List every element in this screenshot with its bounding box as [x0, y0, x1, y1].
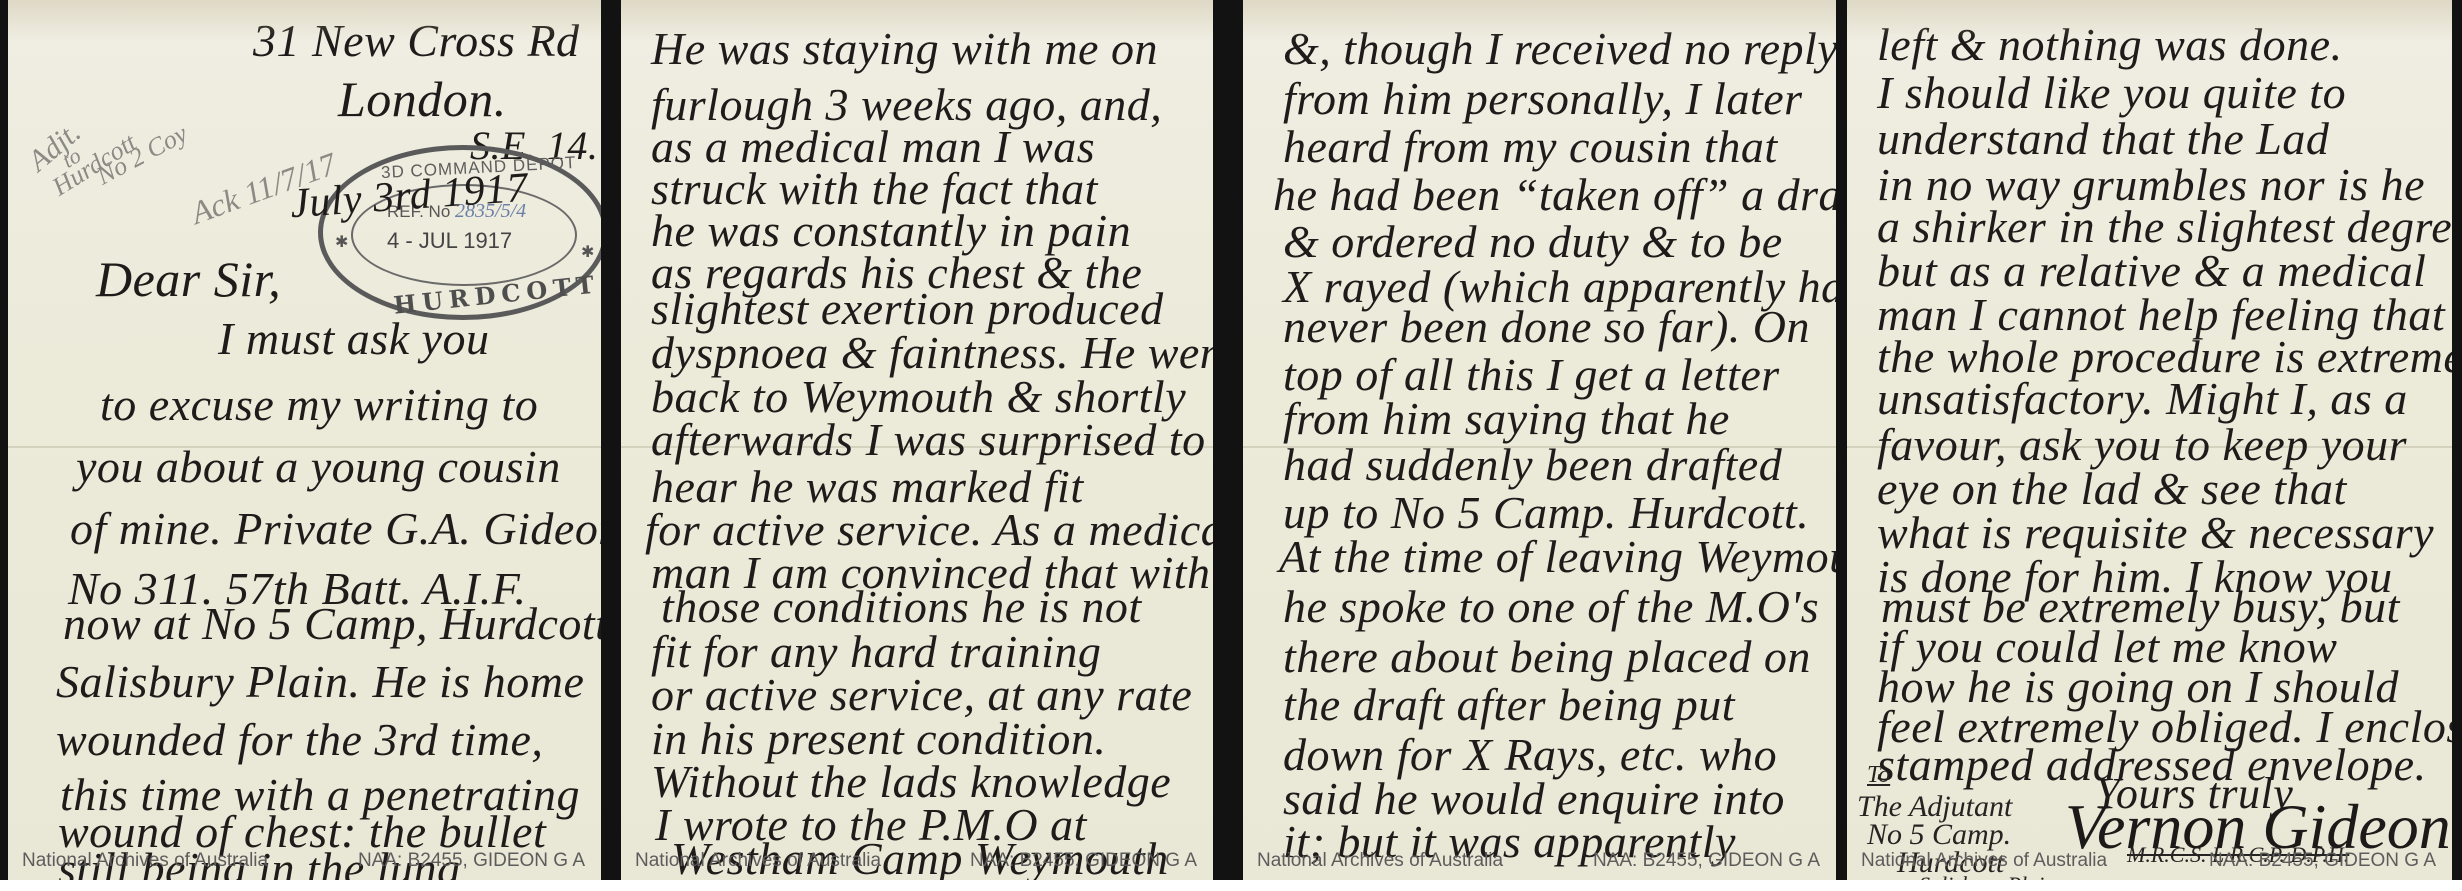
letter-line: to excuse my writing to — [100, 378, 538, 431]
archive-name: National Archives of Australia — [1257, 850, 1503, 872]
letter-line: of mine. Private G.A. Gideon — [70, 502, 601, 555]
letter-line: never been done so far). On — [1283, 300, 1810, 353]
letter-page-2: He was staying with me on furlough 3 wee… — [621, 0, 1213, 880]
archive-name: National Archives of Australia — [635, 850, 881, 872]
letter-line: now at No 5 Camp, Hurdcott. — [63, 597, 601, 650]
addressee-region: Salisbury Plain. — [1919, 872, 2061, 880]
letter-line: &, though I received no reply — [1283, 22, 1836, 75]
archive-watermark: National Archives of Australia NAA: B245… — [1861, 850, 2436, 872]
letter-line: he had been “taken off” a draft — [1273, 168, 1836, 221]
letter-line: wounded for the 3rd time, — [56, 713, 543, 766]
address-line-2: London. — [338, 70, 507, 128]
archive-watermark: National Archives of Australia NAA: B245… — [1257, 850, 1820, 872]
stamp-date: 4 - JUL 1917 — [387, 228, 512, 254]
letter-page-3: &, though I received no reply from him p… — [1243, 0, 1836, 880]
letter-line: left & nothing was done. — [1877, 18, 2343, 71]
series-reference: NAA: B2455, GIDEON G A — [1593, 850, 1820, 872]
archive-name: National Archives of Australia — [1861, 850, 2107, 872]
letter-page-1: 31 New Cross Rd London. S.E. 14. Adjt. t… — [8, 0, 601, 880]
series-reference: NAA: B2455, GIDEON G A — [358, 850, 585, 872]
stamp-star-left-icon: ✱ — [335, 232, 348, 251]
letter-line: had suddenly been drafted — [1283, 438, 1782, 491]
letter-line: At the time of leaving Weymouth — [1279, 530, 1836, 583]
addressee-to: To — [1867, 762, 1890, 789]
series-reference: NAA: B2455, GIDEON G A — [970, 850, 1197, 872]
letter-line: he spoke to one of the M.O's — [1283, 580, 1819, 633]
salutation: Dear Sir, — [96, 250, 281, 308]
archive-watermark: National Archives of Australia NAA: B245… — [635, 850, 1197, 872]
letter-line: you about a young cousin — [76, 440, 561, 493]
letter-page-4: left & nothing was done. I should like y… — [1847, 0, 2452, 880]
archive-watermark: National Archives of Australia NAA: B245… — [22, 850, 585, 872]
letter-line: the draft after being put — [1283, 678, 1735, 731]
stamp-star-right-icon: ✱ — [581, 242, 594, 261]
address-line-1: 31 New Cross Rd — [253, 14, 580, 67]
letter-line: He was staying with me on — [651, 22, 1158, 75]
letter-line: heard from my cousin that — [1283, 120, 1778, 173]
archive-name: National Archives of Australia — [22, 850, 268, 872]
letter-line: afterwards I was surprised to — [651, 413, 1206, 466]
letter-line: I must ask you — [218, 312, 489, 365]
letter-line: from him personally, I later — [1283, 72, 1803, 125]
series-reference: NAA: B2455, GIDEON G A — [2209, 850, 2436, 872]
letter-line: Salisbury Plain. He is home — [56, 655, 584, 708]
letter-line: there about being placed on — [1283, 630, 1811, 683]
